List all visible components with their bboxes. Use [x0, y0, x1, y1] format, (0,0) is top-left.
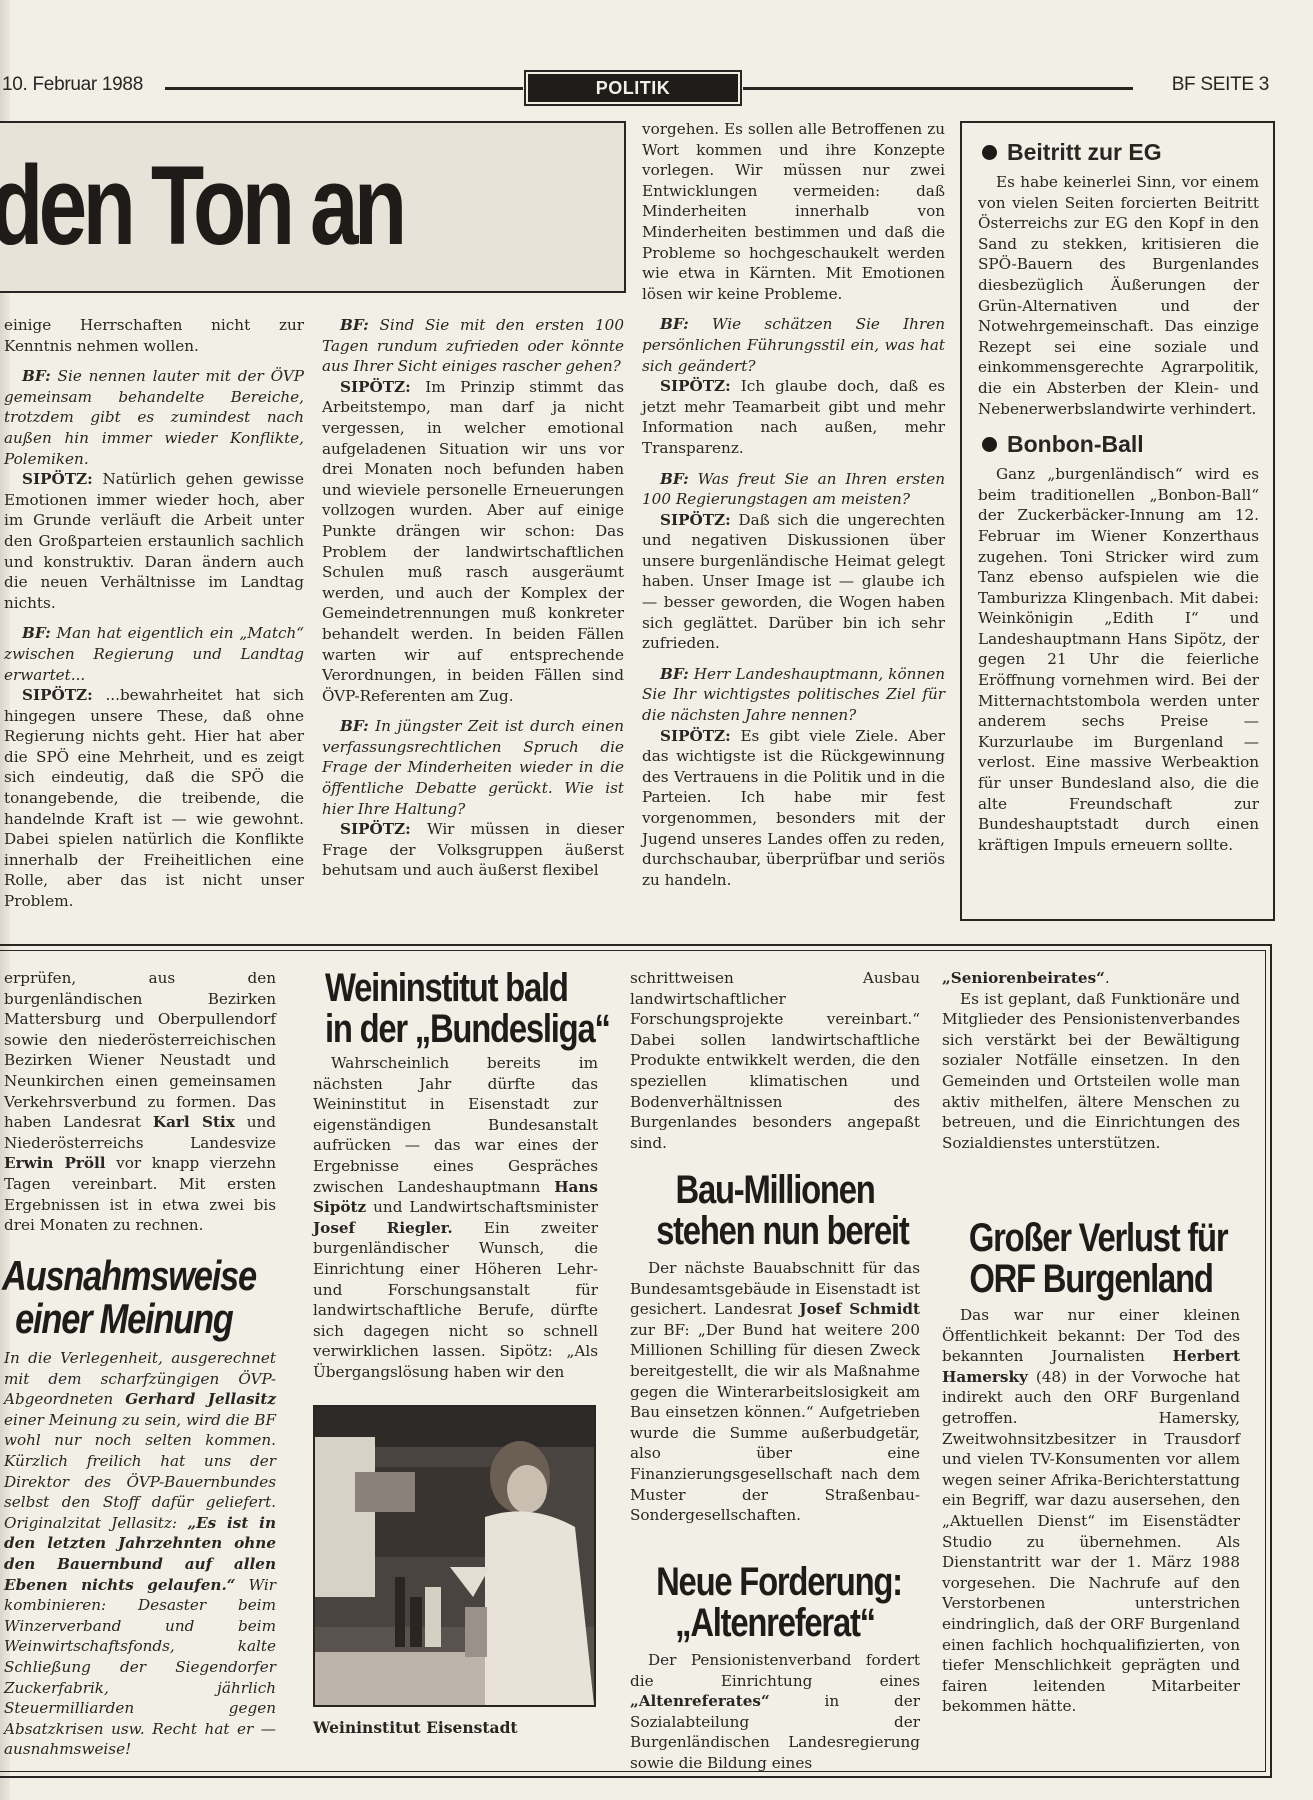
- article-headline-orf: Großer Verlust für ORF Burgenland: [969, 1218, 1213, 1300]
- section-label-box: POLITIK: [524, 70, 742, 106]
- interview-answer: SIPÖTZ: Natürlich gehen gewisse Emotione…: [4, 469, 304, 613]
- page-number: BF SEITE 3: [1172, 74, 1269, 96]
- article-headline-altenreferat: Neue Forderung: „Altenreferat“: [656, 1562, 894, 1644]
- article-headline-bau: Bau-Millionen stehen nun bereit: [656, 1170, 894, 1252]
- interview-answer: SIPÖTZ: Ich glaube doch, daß es jetzt me…: [642, 376, 945, 458]
- article-headline-meinung: Ausnahmsweise einer Meinung: [2, 1255, 256, 1341]
- interview-answer: SIPÖTZ: Es gibt viele Ziele. Aber das wi…: [642, 726, 945, 891]
- sidebar-text: Ganz „burgenländisch“ wird es beim tradi…: [978, 464, 1259, 855]
- interview-question: BF: Sie nennen lauter mit der ÖVP gemein…: [4, 366, 304, 469]
- interview-question: BF: Was freut Sie an Ihren ersten 100 Re…: [642, 469, 945, 510]
- interview-answer: SIPÖTZ: Im Prinzip stimmt das Arbeitstem…: [322, 377, 624, 707]
- header-rule-right: [743, 87, 1133, 90]
- headline-box: den Ton an: [0, 121, 626, 293]
- interview-column-2: BF: Sind Sie mit den ersten 100 Tagen ru…: [322, 315, 624, 881]
- interview-answer: SIPÖTZ: ...bewahrheitet hat sich hingege…: [4, 685, 304, 912]
- interview-text: einige Herrschaften nicht zur Kenntnis n…: [4, 315, 304, 356]
- bullet-icon: [982, 437, 997, 452]
- article-altenreferat-continued: „Seniorenbeirates“. Es ist geplant, daß …: [942, 968, 1240, 1153]
- interview-column-1: einige Herrschaften nicht zur Kenntnis n…: [4, 315, 304, 912]
- headline: den Ton an: [0, 141, 403, 270]
- article-orf-burgenland: Das war nur einer kleinen Öffentlichkeit…: [942, 1305, 1240, 1717]
- article-weininstitut: Wahrscheinlich bereits im nächsten Jahr …: [313, 1053, 598, 1383]
- header-rule-left: [165, 87, 523, 90]
- bullet-icon: [982, 145, 997, 160]
- interview-question: BF: Man hat eigentlich ein „Match“ zwisc…: [4, 623, 304, 685]
- interview-question: BF: Wie schätzen Sie Ihren persönlichen …: [642, 314, 945, 376]
- interview-answer: SIPÖTZ: Daß sich die ungerechten und neg…: [642, 510, 945, 654]
- interview-text: vorgehen. Es sollen alle Betroffenen zu …: [642, 119, 945, 304]
- article-headline-weininstitut: Weininstitut bald in der „Bundesliga“: [325, 968, 610, 1050]
- lab-photo-illustration: [315, 1407, 594, 1705]
- interview-question: BF: Herr Landeshauptmann, können Sie Ihr…: [642, 664, 945, 726]
- sidebar-heading: Beitritt zur EG: [978, 139, 1259, 166]
- article-verkehrsverbund: erprüfen, aus den burgenländischen Bezir…: [4, 968, 276, 1236]
- article-weininstitut-continued: schrittweisen Ausbau landwirtschaftliche…: [630, 968, 920, 1153]
- sidebar-heading: Bonbon-Ball: [978, 431, 1259, 458]
- photo-caption: Weininstitut Eisenstadt: [313, 1718, 518, 1737]
- article-bau-millionen: Der nächste Bauabschnitt für das Bundesa…: [630, 1258, 920, 1526]
- article-altenreferat: Der Pensionistenverband fordert die Einr…: [630, 1650, 920, 1774]
- article-meinung: In die Verlegenheit, ausgerechnet mit de…: [4, 1348, 276, 1760]
- interview-answer: SIPÖTZ: Wir müssen in dieser Frage der V…: [322, 819, 624, 881]
- interview-column-3: vorgehen. Es sollen alle Betroffenen zu …: [642, 119, 945, 890]
- sidebar-text: Es habe keinerlei Sinn, vor einem von vi…: [978, 172, 1259, 419]
- interview-question: BF: Sind Sie mit den ersten 100 Tagen ru…: [322, 315, 624, 377]
- photo-weininstitut-lab: [313, 1405, 596, 1707]
- section-label: POLITIK: [528, 74, 738, 102]
- issue-date: 10. Februar 1988: [2, 74, 143, 96]
- interview-question: BF: In jüngster Zeit ist durch einen ver…: [322, 716, 624, 819]
- news-sidebar-box: Beitritt zur EG Es habe keinerlei Sinn, …: [960, 121, 1275, 921]
